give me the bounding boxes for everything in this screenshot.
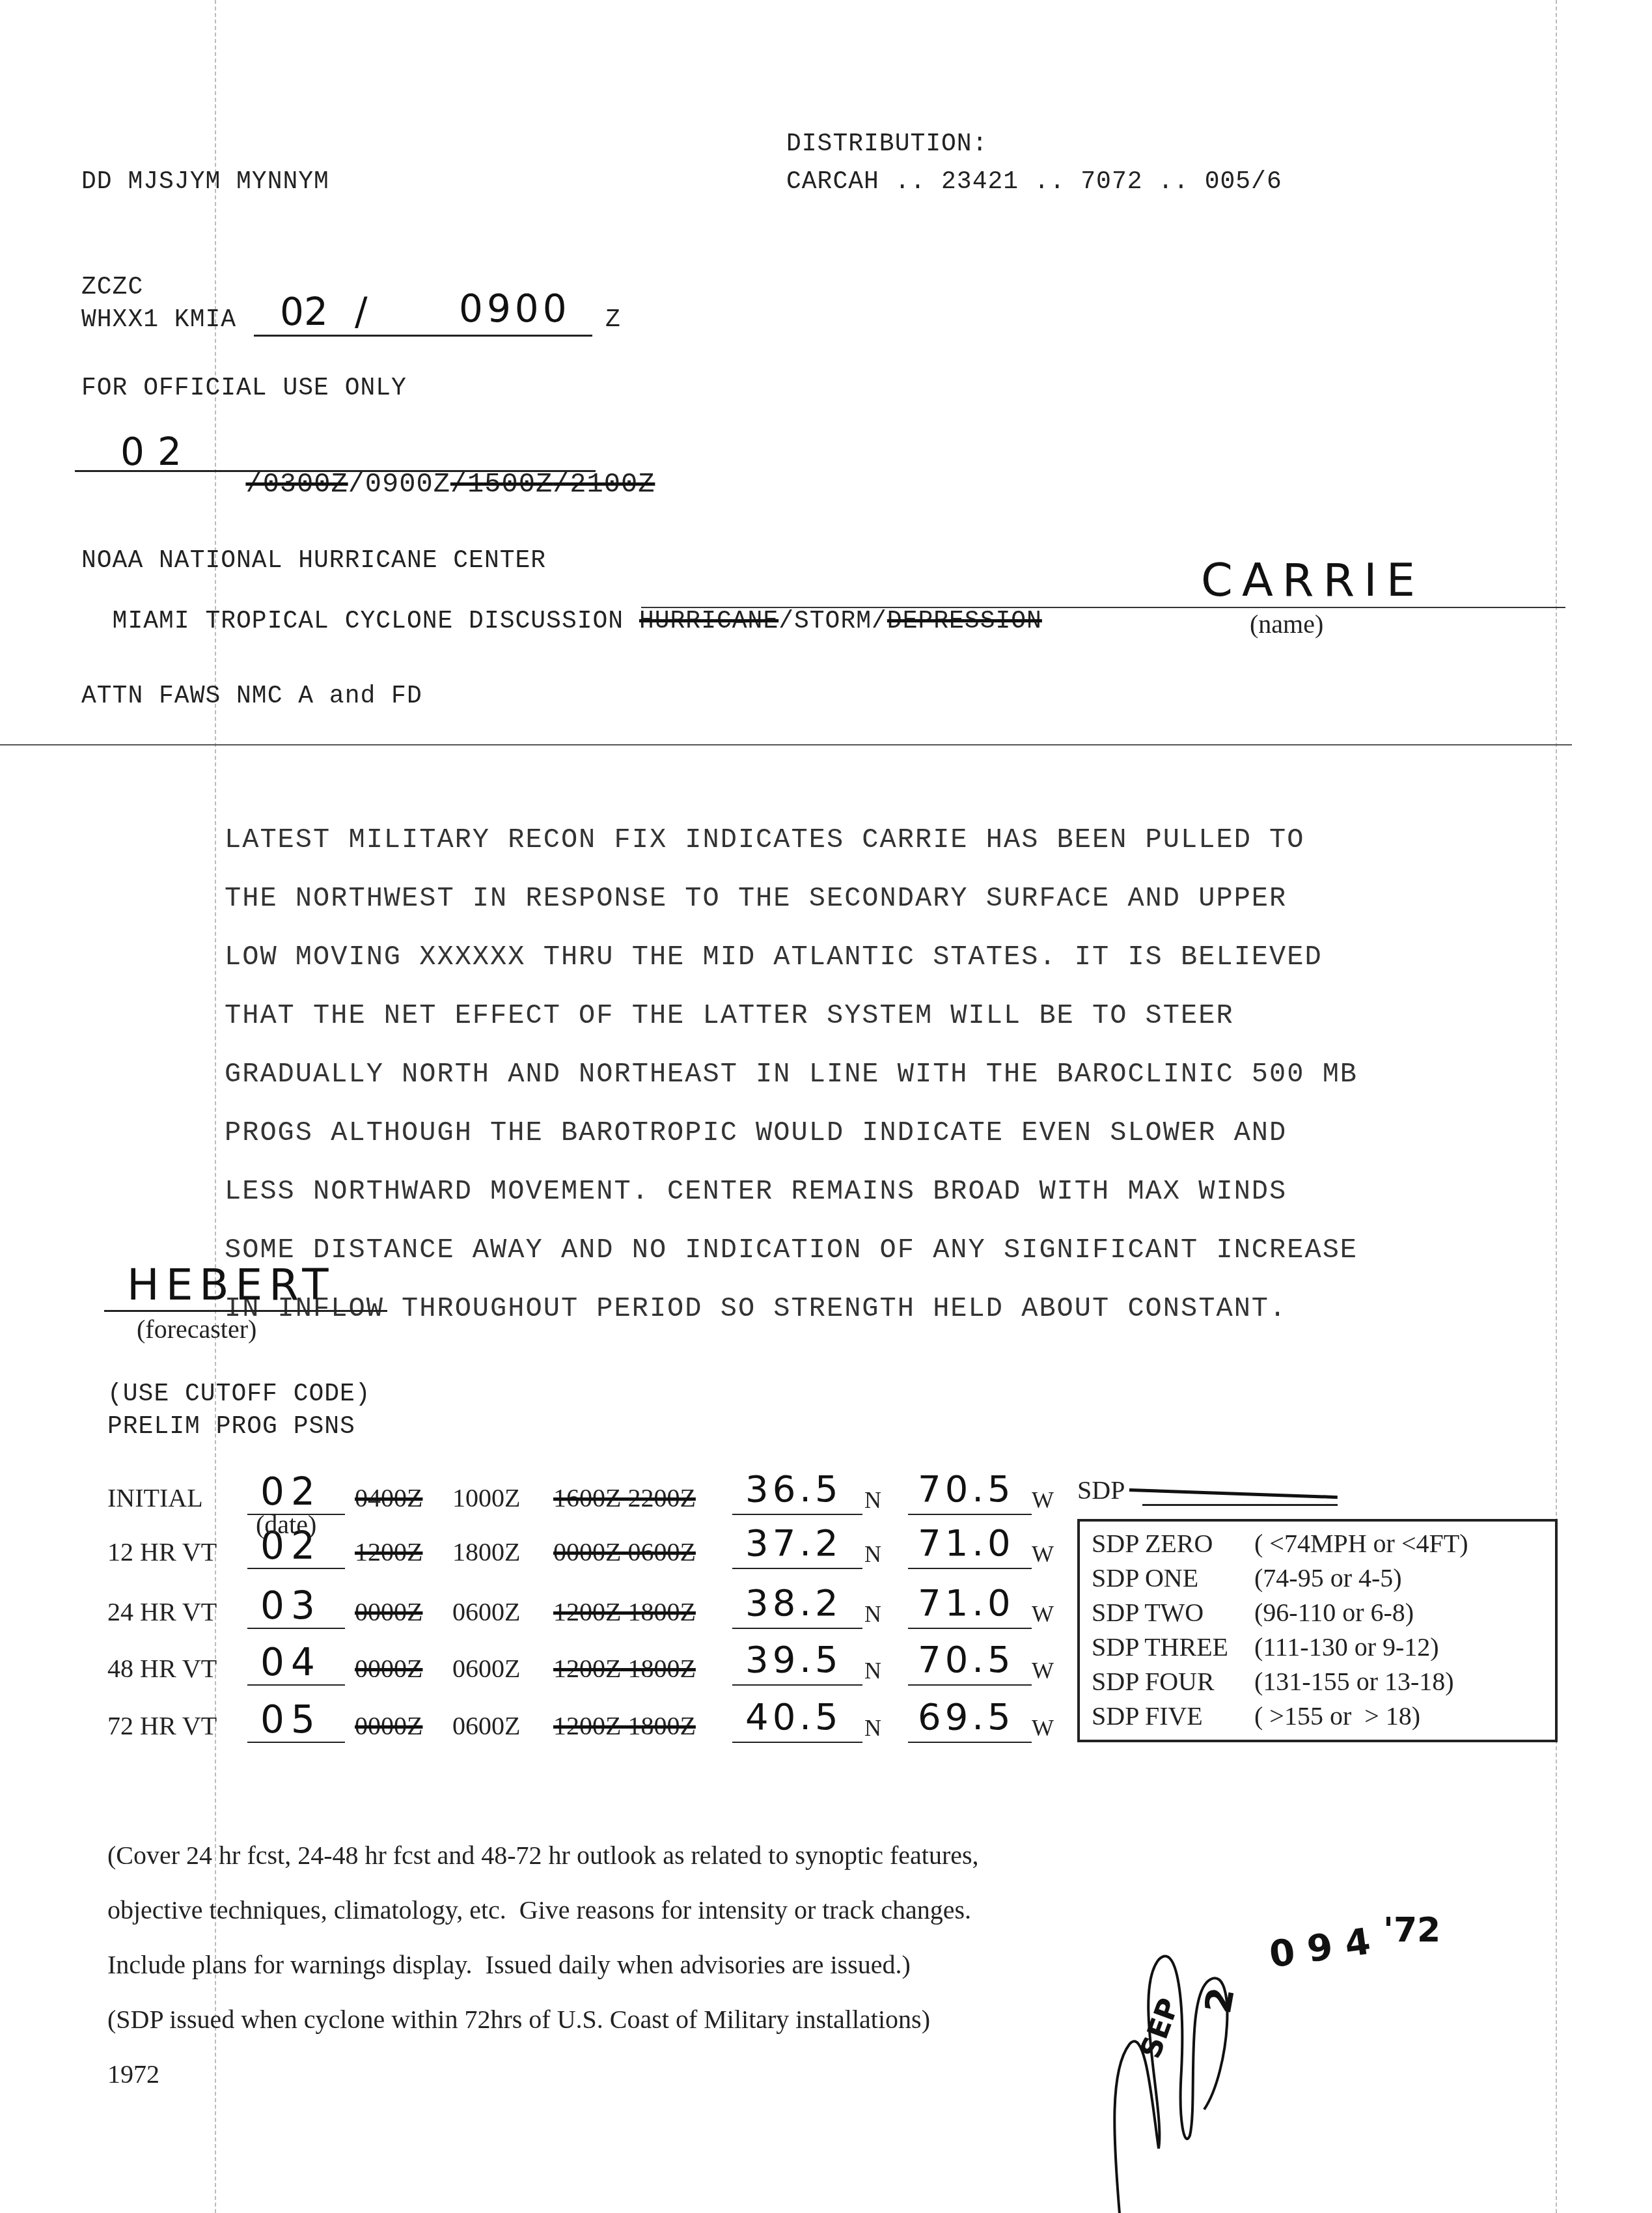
form-year: 1972 — [107, 2059, 979, 2090]
prog-row-lon: 71.0 — [918, 1522, 1015, 1565]
zczc: ZCZC — [81, 273, 143, 301]
sdp-row-three: SDP THREE(111-130 or 9-12) — [1092, 1632, 1439, 1662]
prog-lat-underline — [732, 1628, 862, 1629]
cycle-underline — [75, 470, 596, 472]
prog-row-w: W — [1032, 1600, 1054, 1628]
prog-date-underline — [247, 1742, 345, 1743]
prog-row-time2: 0600Z — [452, 1653, 520, 1684]
type-storm: /STORM/ — [778, 607, 887, 635]
wmo-date: 02 — [280, 290, 328, 334]
prog-row-w: W — [1032, 1540, 1054, 1568]
sdp-strike — [1129, 1488, 1338, 1499]
forecaster-name: HEBERT — [127, 1260, 335, 1310]
wmo-time: 0900 — [459, 286, 571, 331]
prog-row-time3: 1200Z 1800Z — [553, 1710, 696, 1741]
instruction-line: (SDP issued when cyclone within 72hrs of… — [107, 2004, 979, 2035]
prog-row-time1: 0000Z — [355, 1596, 422, 1627]
cycle-time-0900: /0900Z — [348, 469, 450, 500]
attn-line: ATTN FAWS NMC A and FD — [81, 682, 422, 710]
prog-lat-underline — [732, 1514, 862, 1515]
forecaster-underline — [104, 1310, 387, 1312]
prog-row-w: W — [1032, 1657, 1054, 1684]
sdp-row-five: SDP FIVE( >155 or > 18) — [1092, 1701, 1420, 1731]
type-hurricane: HURRICANE — [639, 607, 778, 635]
cycle-time-0300: /0300Z — [245, 469, 348, 500]
discussion-line: PROGS ALTHOUGH THE BAROTROPIC WOULD INDI… — [225, 1117, 1358, 1152]
prog-row-time1: 1200Z — [355, 1537, 422, 1567]
discussion-line: GRADUALLY NORTH AND NORTHEAST IN LINE WI… — [225, 1059, 1358, 1094]
storm-name-label: (name) — [1250, 609, 1323, 639]
distribution-list: CARCAH .. 23421 .. 7072 .. 005/6 — [786, 168, 1282, 196]
prog-row-lat: 38.2 — [745, 1582, 842, 1624]
prog-row-label: 48 HR VT — [107, 1653, 217, 1684]
prog-lon-underline — [908, 1514, 1032, 1515]
sdp-scale-box: SDP ZERO( <74MPH or <4FT) SDP ONE(74-95 … — [1077, 1519, 1558, 1742]
prog-lon-underline — [908, 1742, 1032, 1743]
wmo-z: Z — [605, 306, 621, 334]
discussion-line: LOW MOVING XXXXXX THRU THE MID ATLANTIC … — [225, 941, 1358, 977]
prog-row-label: INITIAL — [107, 1482, 203, 1513]
discussion-line: THE NORTHWEST IN RESPONSE TO THE SECONDA… — [225, 883, 1358, 918]
wmo-slash: / — [355, 290, 368, 334]
discussion-line: LATEST MILITARY RECON FIX INDICATES CARR… — [225, 824, 1358, 859]
stamp-scribble-icon — [1107, 1940, 1256, 2213]
date-label: (date) — [256, 1509, 316, 1540]
prog-row-n: N — [864, 1540, 881, 1568]
prog-row-time3: 1200Z 1800Z — [553, 1596, 696, 1627]
distribution-label: DISTRIBUTION: — [786, 130, 987, 158]
prog-row-lat: 40.5 — [745, 1696, 842, 1738]
cutoff-code-label: (USE CUTOFF CODE) — [107, 1380, 371, 1408]
fold-line — [1556, 0, 1558, 2213]
prog-row-time1: 0000Z — [355, 1710, 422, 1741]
prog-date-underline — [247, 1684, 345, 1686]
prog-row-n: N — [864, 1714, 881, 1742]
prog-row-w: W — [1032, 1486, 1054, 1514]
sdp-underline — [1142, 1504, 1338, 1506]
prog-row-date: 02 — [260, 1469, 322, 1514]
instruction-line: objective techniques, climatology, etc. … — [107, 1895, 979, 1926]
instruction-line: Include plans for warnings display. Issu… — [107, 1949, 979, 1981]
prog-lon-underline — [908, 1684, 1032, 1686]
sdp-row-two: SDP TWO(96-110 or 6-8) — [1092, 1597, 1414, 1628]
name-line — [641, 607, 1565, 608]
instructions: (Cover 24 hr fcst, 24-48 hr fcst and 48-… — [107, 1816, 979, 2102]
discussion-line: THAT THE NET EFFECT OF THE LATTER SYSTEM… — [225, 1000, 1358, 1035]
prog-row-lat: 37.2 — [745, 1522, 842, 1565]
cycle-date: 02 — [120, 430, 195, 474]
prelim-prog-title: PRELIM PROG PSNS — [107, 1413, 355, 1441]
prog-row-time2: 1000Z — [452, 1482, 520, 1513]
section-divider — [0, 744, 1572, 745]
prog-row-label: 72 HR VT — [107, 1710, 217, 1741]
prog-row-time3: 1200Z 1800Z — [553, 1653, 696, 1684]
wmo-underline — [254, 335, 592, 337]
routing-code: DD MJSJYM MYNNYM — [81, 168, 329, 196]
prog-row-label: 12 HR VT — [107, 1537, 217, 1567]
type-depression: DEPRESSION — [887, 607, 1042, 635]
discussion-title: MIAMI TROPICAL CYCLONE DISCUSSION — [113, 607, 624, 635]
prog-lat-underline — [732, 1684, 862, 1686]
prog-row-w: W — [1032, 1714, 1054, 1742]
sdp-label: SDP — [1077, 1475, 1125, 1505]
prog-row-n: N — [864, 1486, 881, 1514]
prog-date-underline — [247, 1568, 345, 1569]
prog-row-time2: 0600Z — [452, 1596, 520, 1627]
prog-row-date: 04 — [260, 1640, 322, 1684]
prog-row-lon: 71.0 — [918, 1582, 1015, 1624]
agency-line1: NOAA NATIONAL HURRICANE CENTER — [81, 547, 546, 575]
discussion-line: IN INFLOW THROUGHOUT PERIOD SO STRENGTH … — [225, 1293, 1358, 1328]
storm-name: CARRIE — [1201, 553, 1424, 607]
prog-row-lat: 39.5 — [745, 1639, 842, 1681]
prog-row-n: N — [864, 1657, 881, 1684]
sdp-row-four: SDP FOUR(131-155 or 13-18) — [1092, 1666, 1454, 1697]
cycle-time-1500: /1500Z — [450, 469, 553, 500]
prog-row-lon: 70.5 — [918, 1468, 1015, 1510]
prog-lon-underline — [908, 1628, 1032, 1629]
official-use-label: FOR OFFICIAL USE ONLY — [81, 374, 407, 402]
stamp-time: 0 9 4 — [1267, 1920, 1373, 1976]
discussion-line: LESS NORTHWARD MOVEMENT. CENTER REMAINS … — [225, 1176, 1358, 1211]
wmo-header: WHXX1 KMIA — [81, 306, 236, 334]
prog-lat-underline — [732, 1568, 862, 1569]
stamp-year: '72 — [1383, 1911, 1440, 1950]
prog-row-time2: 1800Z — [452, 1537, 520, 1567]
prog-row-time3: 1600Z 2200Z — [553, 1482, 696, 1513]
prog-row-lon: 70.5 — [918, 1639, 1015, 1681]
prog-row-n: N — [864, 1600, 881, 1628]
prog-row-time2: 0600Z — [452, 1710, 520, 1741]
prog-lon-underline — [908, 1568, 1032, 1569]
prog-row-date: 05 — [260, 1697, 322, 1742]
prog-lat-underline — [732, 1742, 862, 1743]
prog-row-time3: 0000Z 0600Z — [553, 1537, 696, 1567]
discussion-line: SOME DISTANCE AWAY AND NO INDICATION OF … — [225, 1234, 1358, 1270]
prog-row-date: 03 — [260, 1583, 322, 1628]
sdp-row-zero: SDP ZERO( <74MPH or <4FT) — [1092, 1528, 1468, 1559]
instruction-line: (Cover 24 hr fcst, 24-48 hr fcst and 48-… — [107, 1840, 979, 1871]
prog-row-lon: 69.5 — [918, 1696, 1015, 1738]
prog-date-underline — [247, 1628, 345, 1629]
forecaster-label: (forecaster) — [137, 1314, 256, 1344]
prog-row-lat: 36.5 — [745, 1468, 842, 1510]
prog-row-label: 24 HR VT — [107, 1596, 217, 1627]
cycle-times: /0300Z/0900Z/1500Z/2100Z — [212, 438, 655, 500]
discussion-body: LATEST MILITARY RECON FIX INDICATES CARR… — [225, 801, 1358, 1340]
sdp-row-one: SDP ONE(74-95 or 4-5) — [1092, 1563, 1402, 1593]
cycle-time-2100: /2100Z — [553, 469, 655, 500]
prog-row-time1: 0400Z — [355, 1482, 422, 1513]
prog-row-time1: 0000Z — [355, 1653, 422, 1684]
